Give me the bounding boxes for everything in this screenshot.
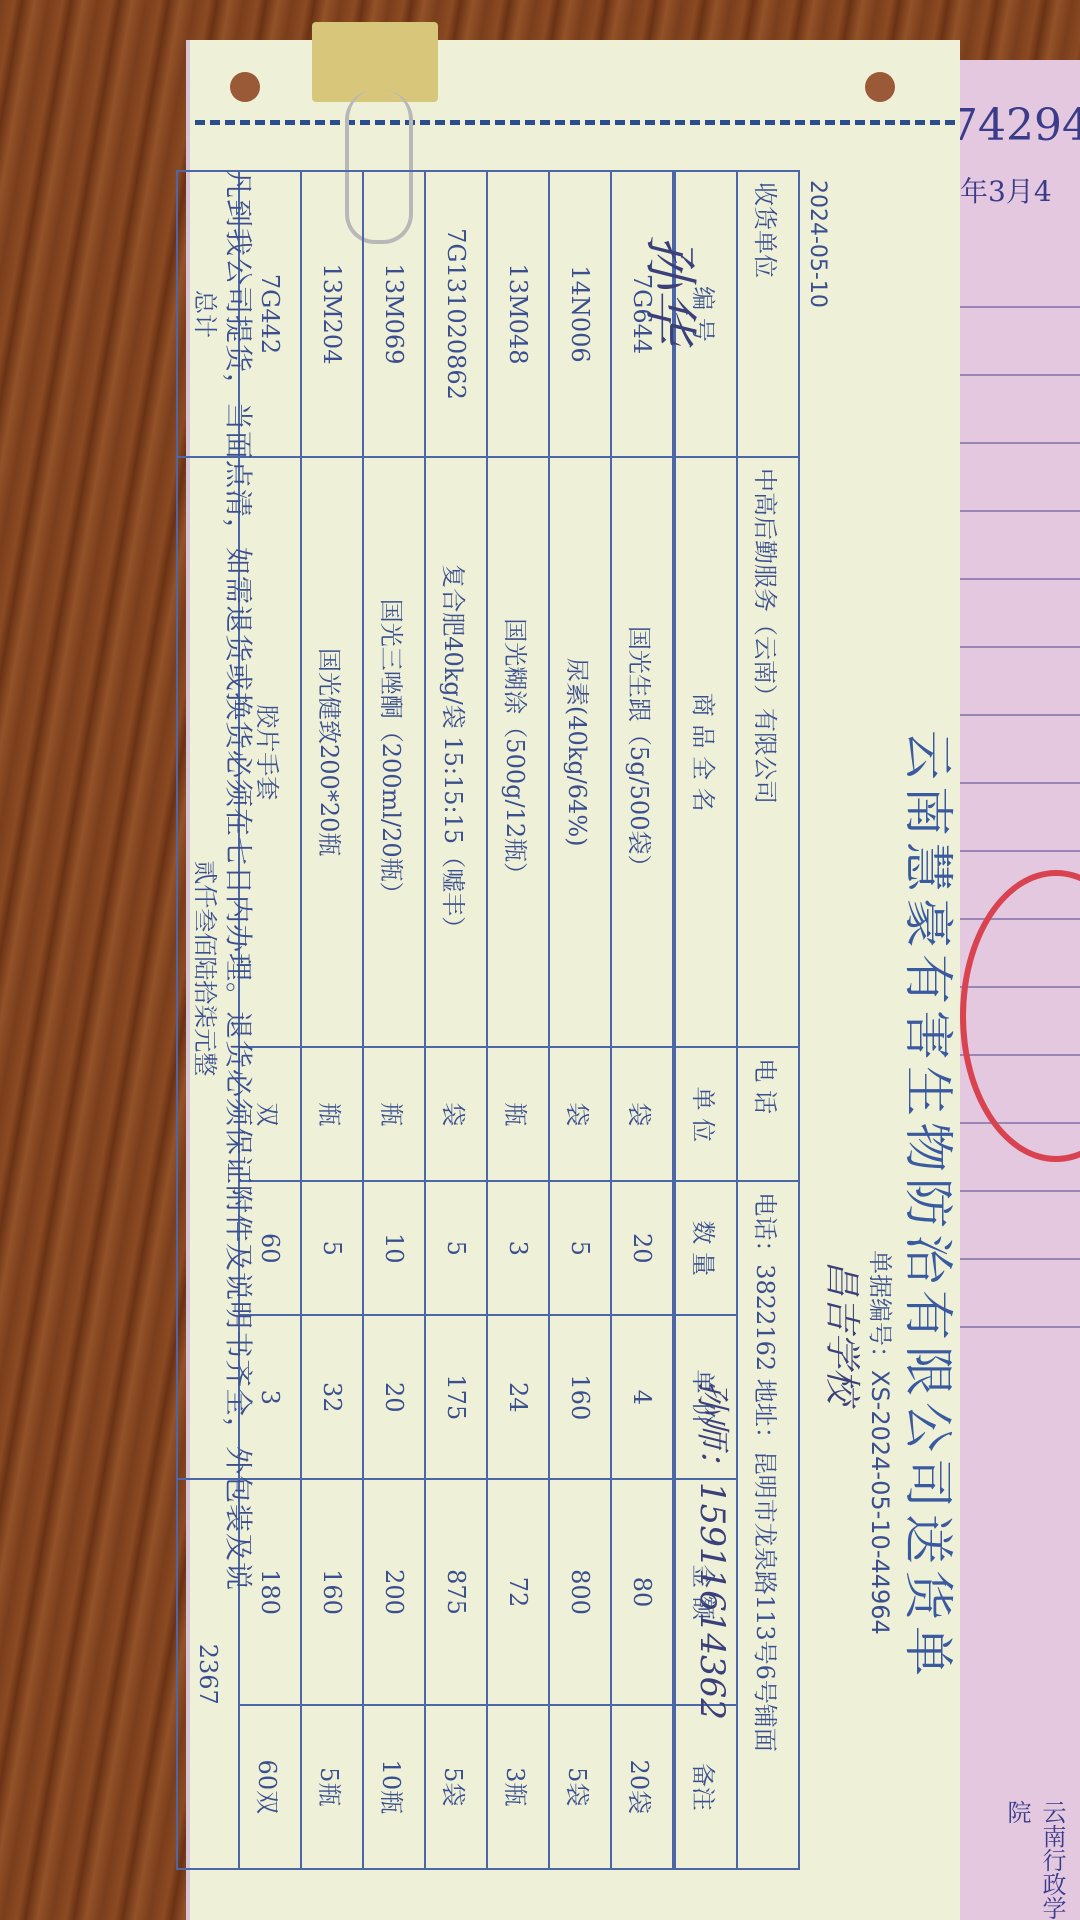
item-amount: 800 [549, 1479, 611, 1704]
receipt-content: 云南慧豪有害生物防治有限公司送货单 单据编号：XS-2024-05-10-449… [220, 170, 980, 1870]
receipt-date: 2024-05-10 [805, 180, 830, 308]
item-unit: 瓶 [363, 1047, 425, 1181]
item-name: 尿素(40kg/64%) [549, 457, 611, 1047]
item-qty: 5 [301, 1181, 363, 1315]
handwritten-school: 昌吉学校 [819, 1260, 870, 1404]
col-qty: 数 量 [674, 1181, 737, 1315]
item-price: 4 [611, 1315, 674, 1479]
item-price: 32 [301, 1315, 363, 1479]
item-code: 13M069 [363, 171, 425, 457]
phone-address: 电话：3822162 地址：昆明市龙泉路113号6号铺面 [737, 1181, 799, 1869]
item-unit: 瓶 [301, 1047, 363, 1181]
item-code: 13M048 [487, 171, 549, 457]
handwritten-name: 孙华 [636, 235, 713, 343]
item-amount: 200 [363, 1479, 425, 1704]
receipt-title: 云南慧豪有害生物防治有限公司送货单 [896, 730, 968, 1682]
item-amount: 80 [611, 1479, 674, 1704]
footer-note: 凡到我公司提货，当面点清，如需退货或换货必须在七日内办理。退货必须保证附件及说明… [220, 170, 260, 1591]
doc-number: 单据编号：XS-2024-05-10-44964 [865, 1250, 900, 1635]
col-unit: 单 位 [674, 1047, 737, 1181]
item-unit: 袋 [425, 1047, 487, 1181]
phone-label: 电 话 [737, 1047, 799, 1181]
item-qty: 20 [611, 1181, 674, 1315]
item-name: 复合肥40kg/袋 15:15:15（嘘丰） [425, 457, 487, 1047]
recipient-value: 中高后勤服务（云南）有限公司 [737, 457, 799, 1047]
item-note: 5袋 [549, 1705, 611, 1869]
perforation-line [195, 120, 955, 125]
col-name: 商 品 全 名 [674, 457, 737, 1047]
punch-hole [230, 72, 260, 102]
item-note: 10瓶 [363, 1705, 425, 1869]
item-qty: 5 [425, 1181, 487, 1315]
item-code: 14N006 [549, 171, 611, 457]
item-price: 24 [487, 1315, 549, 1479]
doc-number-label: 单据编号： [866, 1250, 894, 1370]
handwritten-phone: 孙师：15911614362 [691, 1380, 740, 1720]
background-sheet-number: 74294 [950, 100, 1080, 151]
item-note: 20袋 [611, 1705, 674, 1869]
table-row: 14N006 尿素(40kg/64%) 袋 5 160 800 5袋 [549, 171, 611, 1869]
item-name: 国光三唑酮（200ml/20瓶） [363, 457, 425, 1047]
item-name: 国光生跟（5g/500袋） [611, 457, 674, 1047]
item-price: 160 [549, 1315, 611, 1479]
table-row: 13M048 国光糊涂（500g/12瓶） 瓶 3 24 72 3瓶 [487, 171, 549, 1869]
table-row: 13M204 国光健致200*20瓶 瓶 5 32 160 5瓶 [301, 171, 363, 1869]
item-note: 5袋 [425, 1705, 487, 1869]
item-code: 13M204 [301, 171, 363, 457]
item-qty: 3 [487, 1181, 549, 1315]
item-unit: 袋 [549, 1047, 611, 1181]
doc-number-value: XS-2024-05-10-44964 [866, 1370, 894, 1635]
col-note: 备注 [674, 1705, 737, 1869]
item-note: 5瓶 [301, 1705, 363, 1869]
punch-hole [865, 72, 895, 102]
table-row: 13M069 国光三唑酮（200ml/20瓶） 瓶 10 20 200 10瓶 [363, 171, 425, 1869]
item-code: 7G131020862 [425, 171, 487, 457]
table-row: 7G131020862 复合肥40kg/袋 15:15:15（嘘丰） 袋 5 1… [425, 171, 487, 1869]
item-unit: 袋 [611, 1047, 674, 1181]
item-name: 国光健致200*20瓶 [301, 457, 363, 1047]
item-price: 175 [425, 1315, 487, 1479]
item-note: 60双 [239, 1705, 301, 1869]
item-amount: 875 [425, 1479, 487, 1704]
table-row: 7G644 国光生跟（5g/500袋） 袋 20 4 80 20袋 [611, 171, 674, 1869]
item-name: 国光糊涂（500g/12瓶） [487, 457, 549, 1047]
item-amount: 72 [487, 1479, 549, 1704]
item-qty: 5 [549, 1181, 611, 1315]
item-note: 3瓶 [487, 1705, 549, 1869]
recipient-row: 收货单位 中高后勤服务（云南）有限公司 电 话 电话：3822162 地址：昆明… [737, 171, 799, 1869]
item-amount: 160 [301, 1479, 363, 1704]
background-sheet-institution: 云南行政学院 [1000, 1800, 1070, 1920]
item-price: 20 [363, 1315, 425, 1479]
item-qty: 10 [363, 1181, 425, 1315]
recipient-label: 收货单位 [737, 171, 799, 457]
item-unit: 瓶 [487, 1047, 549, 1181]
